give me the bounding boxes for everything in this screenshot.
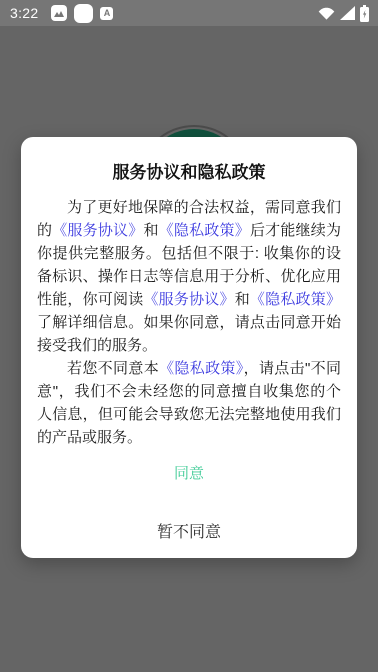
disagree-button[interactable]: 暂不同意 xyxy=(21,519,357,542)
policy-link[interactable]: 《隐私政策》 xyxy=(250,291,341,308)
paragraph-text: 若您不同意本 xyxy=(67,360,159,377)
paragraph-text: 和 xyxy=(143,222,158,239)
app-notification-icon xyxy=(74,4,93,23)
signal-icon xyxy=(340,6,355,20)
status-bar: 3:22 A xyxy=(0,0,378,26)
policy-link[interactable]: 《服务协议》 xyxy=(52,222,143,239)
privacy-policy-dialog: 服务协议和隐私政策 为了更好地保障的合法权益，需同意我们的《服务协议》和《隐私政… xyxy=(21,137,357,558)
policy-link[interactable]: 《隐私政策》 xyxy=(159,222,250,239)
wifi-icon xyxy=(318,7,335,20)
dialog-paragraph-1: 为了更好地保障的合法权益，需同意我们的《服务协议》和《隐私政策》后才能继续为你提… xyxy=(37,196,341,357)
status-right-icons xyxy=(318,5,369,22)
mountain-icon xyxy=(54,9,64,17)
dialog-title: 服务协议和隐私政策 xyxy=(21,158,357,183)
status-time: 3:22 xyxy=(10,5,38,21)
battery-charging-icon xyxy=(360,5,369,22)
agree-button[interactable]: 同意 xyxy=(21,462,357,483)
image-notification-icon xyxy=(51,5,67,21)
policy-link[interactable]: 《隐私政策》 xyxy=(159,360,244,377)
letter-a-notification-icon: A xyxy=(100,7,113,20)
policy-link[interactable]: 《服务协议》 xyxy=(143,291,234,308)
paragraph-text: 和 xyxy=(235,291,250,308)
paragraph-text: 了解详细信息。如果你同意，请点击同意开始接受我们的服务。 xyxy=(37,314,341,354)
notification-icons: A xyxy=(51,4,113,23)
dialog-paragraph-2: 若您不同意本《隐私政策》，请点击"不同意"，我们不会未经您的同意擅自收集您的个人… xyxy=(37,357,341,449)
